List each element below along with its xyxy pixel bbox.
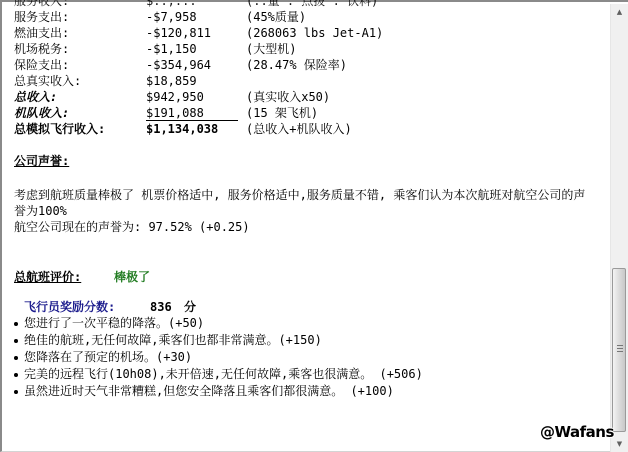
sim-income-note: (总收入+机队收入) — [246, 121, 352, 137]
expense-row-service: 服务支出: -$7,958 (45%质量) — [14, 9, 599, 25]
total-income-row: 总收入: $942,950 (真实收入x50) — [14, 89, 599, 105]
real-income-label: 总真实收入: — [14, 73, 81, 89]
vertical-scrollbar[interactable]: ▲ ▼ — [610, 4, 628, 452]
flight-report-content: 服务收入: $..,... (..量 . 点拨 . 饮料) 服务支出: -$7,… — [14, 0, 599, 400]
pilot-bonus-score: 836 — [150, 299, 172, 315]
expense-label: 机场税务: — [14, 41, 69, 57]
pilot-bonus-row: 飞行员奖励分数: 836 分 — [14, 299, 599, 315]
fleet-income-row: 机队收入: $191,088 (15 架飞机) — [14, 105, 599, 121]
bullet-icon — [14, 373, 18, 377]
bonus-item-text: 您进行了一次平稳的降落。(+50) — [24, 316, 204, 330]
bonus-item-text: 完美的远程飞行(10h08),未开倍速,无任何故障,乘客也很满意。 (+506) — [24, 367, 423, 381]
bullet-icon — [14, 322, 18, 326]
bonus-item: 虽然进近时天气非常糟糕,但您安全降落且乘客们都很满意。 (+100) — [12, 383, 599, 400]
bonus-item-text: 虽然进近时天气非常糟糕,但您安全降落且乘客们都很满意。 (+100) — [24, 384, 394, 398]
total-income-note: (真实收入x50) — [246, 89, 330, 105]
sim-income-label: 总模拟飞行收入: — [14, 121, 105, 137]
scroll-up-arrow-icon[interactable]: ▲ — [611, 4, 628, 21]
total-income-value: $942,950 — [146, 89, 204, 105]
reputation-current-text: 航空公司现在的声誉为: 97.52% (+0.25) — [14, 219, 250, 235]
pilot-bonus-label: 飞行员奖励分数: — [24, 299, 115, 315]
reputation-paragraph: 考虑到航班质量棒极了 机票价格适中, 服务价格适中,服务质量不错, 乘客们认为本… — [14, 187, 594, 219]
bonus-item: 绝佳的航班,无任何故障,乘客们也都非常满意。(+150) — [12, 332, 599, 349]
expense-label: 服务支出: — [14, 9, 69, 25]
scrollbar-thumb[interactable] — [612, 268, 626, 432]
rating-row: 总航班评价: 棒极了 — [14, 269, 599, 285]
cutoff-label: 服务收入: — [14, 0, 69, 9]
report-window: 服务收入: $..,... (..量 . 点拨 . 饮料) 服务支出: -$7,… — [0, 0, 628, 452]
bullet-icon — [14, 339, 18, 343]
expense-value: -$7,958 — [146, 9, 197, 25]
fleet-income-note: (15 架飞机) — [246, 105, 318, 121]
pilot-bonus-unit: 分 — [184, 299, 196, 315]
watermark: @Wafans — [540, 423, 614, 441]
bonus-item-text: 绝佳的航班,无任何故障,乘客们也都非常满意。(+150) — [24, 333, 322, 347]
bonus-list: 您进行了一次平稳的降落。(+50) 绝佳的航班,无任何故障,乘客们也都非常满意。… — [12, 315, 599, 400]
cutoff-note: (..量 . 点拨 . 饮料) — [246, 0, 378, 9]
real-income-row: 总真实收入: $18,859 — [14, 73, 599, 89]
expense-row-fuel: 燃油支出: -$120,811 (268063 lbs Jet-A1) — [14, 25, 599, 41]
fleet-income-label: 机队收入: — [14, 105, 69, 121]
rating-title: 总航班评价: — [14, 269, 81, 285]
total-income-label: 总收入: — [14, 89, 57, 105]
expense-note: (28.47% 保险率) — [246, 57, 347, 73]
bonus-item: 完美的远程飞行(10h08),未开倍速,无任何故障,乘客也很满意。 (+506) — [12, 366, 599, 383]
real-income-value: $18,859 — [146, 73, 197, 89]
bullet-icon — [14, 390, 18, 394]
sim-income-row: 总模拟飞行收入: $1,134,038 (总收入+机队收入) — [14, 121, 599, 137]
bullet-icon — [14, 356, 18, 360]
expense-note: (大型机) — [246, 41, 296, 57]
expense-note: (268063 lbs Jet-A1) — [246, 25, 383, 41]
bonus-item: 您进行了一次平稳的降落。(+50) — [12, 315, 599, 332]
expense-value: -$354,964 — [146, 57, 211, 73]
fleet-income-value: $191,088 — [146, 106, 238, 121]
reputation-current: 航空公司现在的声誉为: 97.52% (+0.25) — [14, 219, 599, 235]
rating-value: 棒极了 — [114, 269, 150, 285]
sim-income-value: $1,134,038 — [146, 121, 218, 137]
expense-label: 保险支出: — [14, 57, 69, 73]
expense-value: -$120,811 — [146, 25, 211, 41]
grip-icon — [617, 345, 623, 352]
bonus-item-text: 您降落在了预定的机场。(+30) — [24, 350, 192, 364]
expense-row-insurance: 保险支出: -$354,964 (28.47% 保险率) — [14, 57, 599, 73]
expense-note: (45%质量) — [246, 9, 306, 25]
cutoff-row: 服务收入: $..,... (..量 . 点拨 . 饮料) — [14, 0, 599, 9]
reputation-heading-row: 公司声誉: — [14, 153, 599, 169]
expense-label: 燃油支出: — [14, 25, 69, 41]
reputation-title: 公司声誉: — [14, 153, 69, 169]
expense-value: -$1,150 — [146, 41, 197, 57]
bonus-item: 您降落在了预定的机场。(+30) — [12, 349, 599, 366]
cutoff-value: $..,... — [146, 0, 197, 9]
expense-row-airport-tax: 机场税务: -$1,150 (大型机) — [14, 41, 599, 57]
